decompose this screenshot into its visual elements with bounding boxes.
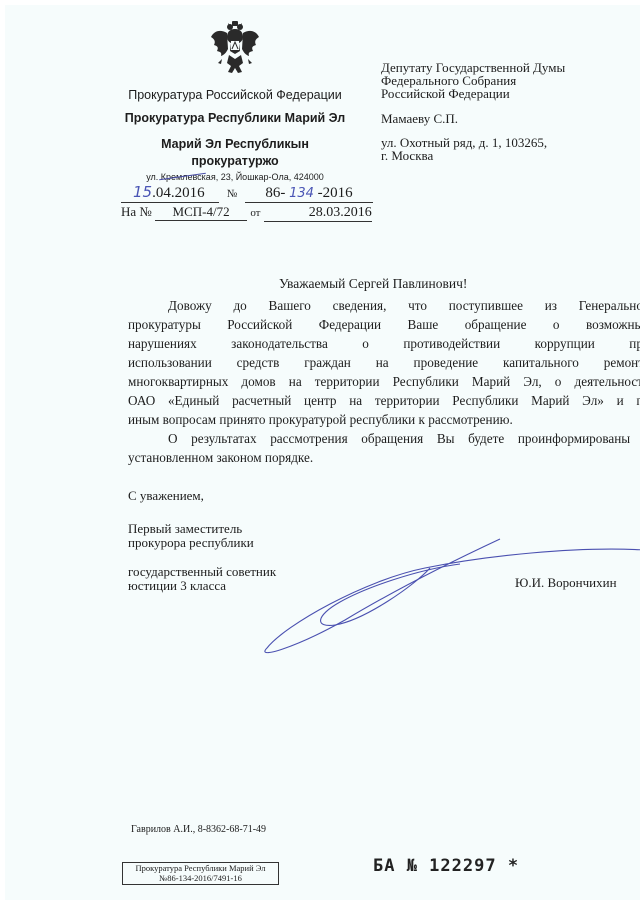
handwritten-number: 134 bbox=[289, 186, 314, 201]
outgoing-date: 15.04.2016 bbox=[121, 183, 219, 203]
signer-position: Первый заместитель прокурора республики bbox=[128, 522, 254, 550]
position-line2: прокурора республики bbox=[128, 536, 254, 550]
org-local-line1: Марий Эл Республикын bbox=[125, 136, 345, 153]
recipient-name: Мамаеву С.П. bbox=[381, 111, 458, 127]
org-regional: Прокуратура Республики Марий Эл bbox=[113, 111, 357, 125]
form-serial-number: БА № 122297 * bbox=[373, 856, 519, 876]
rank-line2: юстиции 3 класса bbox=[128, 579, 276, 593]
handwritten-signature-icon bbox=[255, 530, 640, 670]
signer-rank: государственный советник юстиции 3 класс… bbox=[128, 565, 276, 593]
body-line: иным вопросам принято прокуратурой респу… bbox=[128, 410, 640, 429]
registration-line1: Прокуратура Республики Марий Эл bbox=[123, 863, 278, 873]
recipient-address-line2: г. Москва bbox=[381, 149, 547, 162]
recipient-address: ул. Охотный ряд, д. 1, 103265, г. Москва bbox=[381, 136, 547, 162]
coat-of-arms-icon bbox=[208, 19, 262, 77]
number-suffix: -2016 bbox=[318, 185, 353, 201]
body-line: Довожу до Вашего сведения, что поступивш… bbox=[128, 296, 640, 315]
sender-address: ул. Кремлевская, 23, Йошкар-Ола, 424000 bbox=[145, 172, 325, 182]
body-line: нарушениях законодательства о противодей… bbox=[128, 334, 640, 353]
org-federal: Прокуратура Российской Федерации bbox=[125, 88, 345, 102]
recipient-title: Депутату Государственной Думы Федерально… bbox=[381, 61, 565, 100]
org-local-line2: прокуратуржо bbox=[125, 153, 345, 170]
reference-date: 28.03.2016 bbox=[264, 205, 372, 222]
body-line: использовании средств граждан на проведе… bbox=[128, 353, 640, 372]
body-line: установленном законом порядке. bbox=[128, 448, 640, 467]
body-line: многоквартирных домов на территории Респ… bbox=[128, 372, 640, 391]
greeting: Уважаемый Сергей Павлинович! bbox=[279, 276, 467, 292]
position-line1: Первый заместитель bbox=[128, 522, 254, 536]
recipient-line3: Российской Федерации bbox=[381, 87, 565, 100]
body-line: ОАО «Единый расчетный центр на территори… bbox=[128, 391, 640, 410]
address-struck-street: Кремлевская bbox=[161, 172, 216, 182]
registration-stamp: Прокуратура Республики Марий Эл №86-134-… bbox=[122, 862, 279, 885]
executor-contact: Гаврилов А.И., 8-8362-68-71-49 bbox=[131, 824, 266, 835]
outgoing-number: 86- 134 -2016 bbox=[245, 185, 373, 203]
letter-page: Прокуратура Российской Федерации Прокура… bbox=[5, 5, 640, 900]
handwritten-day: 15 bbox=[121, 183, 152, 201]
reference-label: На № bbox=[121, 204, 152, 219]
body-line: О результатах рассмотрения обращения Вы … bbox=[128, 429, 640, 448]
address-prefix: ул. bbox=[146, 172, 161, 182]
number-label: № bbox=[223, 188, 242, 200]
outgoing-date-number: 15.04.2016 № 86- 134 -2016 bbox=[121, 183, 373, 203]
rank-line1: государственный советник bbox=[128, 565, 276, 579]
number-prefix: 86- bbox=[265, 185, 285, 201]
closing: С уважением, bbox=[128, 488, 204, 504]
reference-number: МСП-4/72 bbox=[155, 204, 247, 221]
registration-line2: №86-134-2016/7491-16 bbox=[123, 873, 278, 883]
reference-from-label: от bbox=[250, 207, 260, 219]
body-line: прокуратуры Российской Федерации Ваше об… bbox=[128, 315, 640, 334]
letter-body: Довожу до Вашего сведения, что поступивш… bbox=[128, 296, 640, 467]
reference-line: На № МСП-4/72 от 28.03.2016 bbox=[121, 204, 372, 222]
org-local: Марий Эл Республикын прокуратуржо bbox=[125, 136, 345, 170]
address-rest: , 23, Йошкар-Ола, 424000 bbox=[216, 172, 324, 182]
date-rest: .04.2016 bbox=[152, 185, 205, 201]
